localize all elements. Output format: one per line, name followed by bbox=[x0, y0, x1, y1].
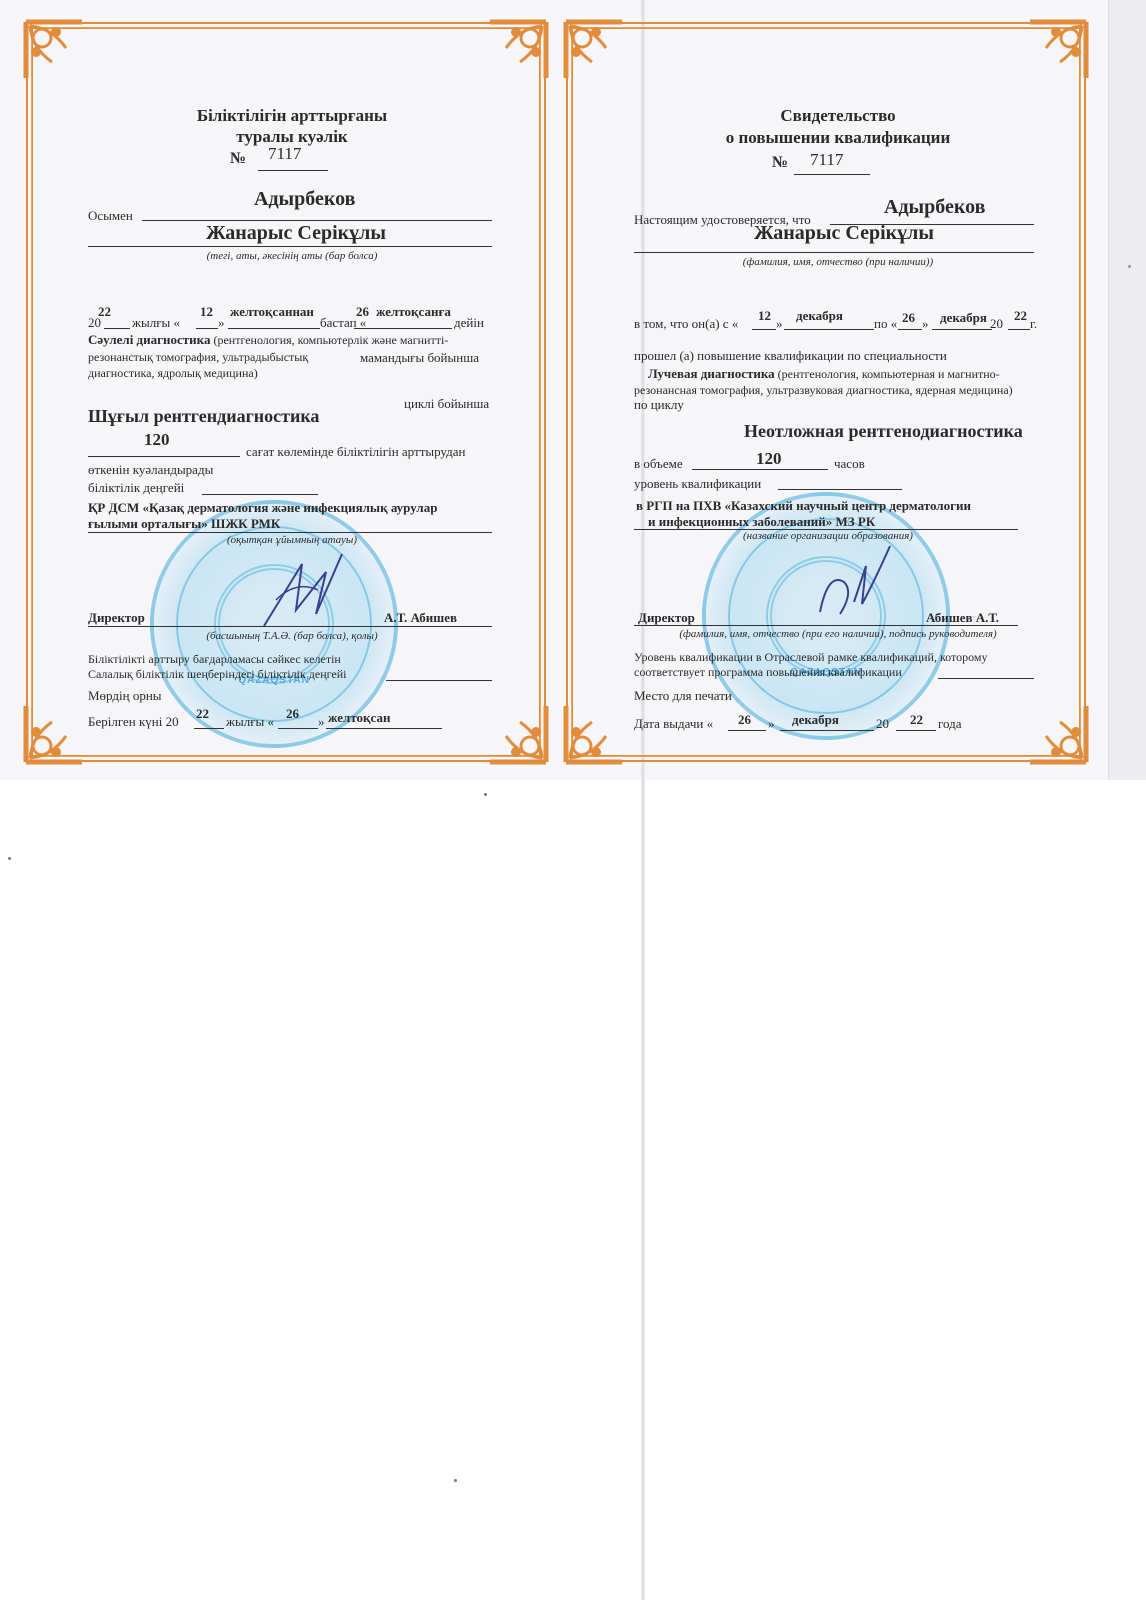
start-month: декабря bbox=[796, 308, 843, 324]
specialty-line-1: Лучевая диагностика (рентгенология, комп… bbox=[648, 366, 1000, 382]
issued-day-close: » bbox=[768, 716, 775, 732]
hours-text: сағат көлемінде біліктілігін арттырудан bbox=[246, 444, 465, 460]
director-signature bbox=[256, 550, 346, 630]
end-day-close: » bbox=[922, 316, 929, 332]
hours-value: 120 bbox=[144, 430, 170, 450]
issued-day: 26 bbox=[286, 706, 299, 722]
start-day: 12 bbox=[200, 304, 213, 320]
specialty-line-2: резонансная томография, ультразвуковая д… bbox=[634, 383, 1013, 398]
scan-speck bbox=[484, 793, 487, 796]
specialty-line-3: диагностика, ядролық медицина) bbox=[88, 366, 258, 381]
organization-note: (оқытқан ұйымның атауы) bbox=[88, 534, 496, 546]
corner-ornament-icon bbox=[562, 702, 626, 766]
framework-line-1: Уровень квалификации в Отраслевой рамке … bbox=[634, 650, 987, 665]
end-day: 26 bbox=[356, 304, 369, 320]
number-label: № bbox=[230, 150, 246, 168]
cycle-label: по циклу bbox=[634, 397, 684, 413]
title-line-1: Біліктілігін арттырғаны bbox=[88, 106, 496, 126]
surname: Адырбеков bbox=[884, 196, 985, 219]
organization-line-1: ҚР ДСМ «Қазақ дерматология және инфекция… bbox=[88, 500, 437, 516]
organization-line-2: и инфекционных заболеваний» МЗ РК bbox=[648, 514, 875, 530]
certificate-number: 7117 bbox=[268, 144, 301, 164]
period-prefix: в том, что он(а) с « bbox=[634, 316, 738, 332]
to-label: по « bbox=[874, 316, 897, 332]
cycle-name: Шұғыл рентгендиагностика bbox=[88, 406, 319, 427]
surname: Адырбеков bbox=[254, 188, 355, 211]
specialty-line-1: Сәулелі диагностика (рентгенология, комп… bbox=[88, 332, 448, 348]
until-label: дейін bbox=[454, 315, 484, 331]
scan-speck bbox=[8, 857, 11, 860]
name-note: (фамилия, имя, отчество (при наличии)) bbox=[634, 256, 1042, 268]
passed-text: прошел (а) повышение квалификации по спе… bbox=[634, 348, 947, 364]
issued-year: 22 bbox=[910, 712, 923, 728]
certificate-russian: QAZAQSTAN Свидетельство о повышении квал… bbox=[566, 22, 1086, 762]
full-name: Жанарыс Серікұлы bbox=[206, 222, 386, 245]
volume-label: в объеме bbox=[634, 456, 683, 472]
issued-year: 22 bbox=[196, 706, 209, 722]
issued-year-suffix: жылғы « bbox=[226, 714, 274, 730]
end-month: желтоқсанға bbox=[376, 304, 451, 320]
hours-label: часов bbox=[834, 456, 865, 472]
framework-line-1: Біліктілікті арттыру бағдарламасы сәйкес… bbox=[88, 652, 341, 667]
title-line-1: Свидетельство bbox=[634, 106, 1042, 126]
corner-ornament-icon bbox=[22, 702, 86, 766]
start-day-close: » bbox=[776, 316, 783, 332]
issued-year-suffix: года bbox=[938, 716, 962, 732]
issued-year-prefix: 20 bbox=[876, 716, 889, 732]
cycle-name: Неотложная рентгенодиагностика bbox=[744, 421, 1023, 442]
level-label: уровень квалификации bbox=[634, 476, 761, 492]
end-month: декабря bbox=[940, 310, 987, 326]
director-name: Абишев А.Т. bbox=[926, 610, 999, 626]
corner-ornament-icon bbox=[22, 18, 86, 82]
certificate-body: Свидетельство о повышении квалификации №… bbox=[634, 22, 1042, 762]
issued-label: Дата выдачи « bbox=[634, 716, 713, 732]
seal-place: Мөрдің орны bbox=[88, 688, 162, 704]
hours-value: 120 bbox=[756, 449, 782, 469]
director-name: А.Т. Абишев bbox=[384, 610, 457, 626]
certificate-body: Біліктілігін арттырғаны туралы куәлік № … bbox=[88, 22, 496, 762]
issued-month: декабря bbox=[792, 712, 839, 728]
framework-line-2: Салалық біліктілік шеңберіндегі біліктіл… bbox=[88, 667, 346, 682]
issued-day-close: » bbox=[318, 714, 325, 730]
specialty-by-label: мамандығы бойынша bbox=[360, 350, 479, 366]
director-note: (басшының Т.А.Ә. (бар болса), қолы) bbox=[88, 630, 496, 642]
end-day: 26 bbox=[902, 310, 915, 326]
year-suffix: жылғы « bbox=[132, 315, 180, 331]
name-note: (тегі, аты, әкесінің аты (бар болса) bbox=[88, 250, 496, 262]
year-value: 22 bbox=[1014, 308, 1027, 324]
director-signature bbox=[814, 542, 894, 622]
full-name: Жанарыс Серікұлы bbox=[754, 222, 934, 245]
organization-line-1: в РГП на ПХВ «Казахский научный центр де… bbox=[636, 498, 971, 514]
framework-line-2: соответствует программа повышения квалиф… bbox=[634, 665, 902, 680]
director-label: Директор bbox=[88, 610, 145, 626]
scan-speck bbox=[1128, 265, 1131, 268]
seal-place: Место для печати bbox=[634, 688, 732, 704]
cycle-by-label: циклі бойынша bbox=[404, 396, 489, 412]
issued-day: 26 bbox=[738, 712, 751, 728]
corner-ornament-icon bbox=[562, 18, 626, 82]
certificate-kazakh: QAZAQSTAN Біліктілігін арттырғаны туралы… bbox=[26, 22, 546, 762]
certificate-number: 7117 bbox=[810, 150, 843, 170]
level-label: біліктілік деңгейі bbox=[88, 480, 184, 496]
certify-label: Осымен bbox=[88, 208, 133, 224]
year-value: 22 bbox=[98, 304, 111, 320]
start-month: желтоқсаннан bbox=[230, 304, 314, 320]
specialty: Лучевая диагностика bbox=[648, 366, 775, 381]
organization-note: (название организации образования) bbox=[634, 530, 1022, 542]
start-day-close: » bbox=[218, 315, 225, 331]
page-edge bbox=[1108, 0, 1146, 780]
title-line-2: о повышении квалификации bbox=[634, 128, 1042, 148]
scan-speck bbox=[454, 1479, 457, 1482]
issued-label: Берілген күні 20 bbox=[88, 714, 179, 730]
passed-text: өткенін куәландырады bbox=[88, 462, 213, 478]
director-note: (фамилия, имя, отчество (при его наличии… bbox=[634, 628, 1042, 640]
year-suffix: г. bbox=[1030, 316, 1037, 332]
director-label: Директор bbox=[638, 610, 695, 626]
number-label: № bbox=[772, 154, 788, 172]
specialty-line-2: резонанстық томография, ультрадыбыстық bbox=[88, 350, 308, 365]
issued-month: желтоқсан bbox=[328, 710, 390, 726]
organization-line-2: ғылыми орталығы» ШЖК РМК bbox=[88, 516, 280, 532]
specialty: Сәулелі диагностика bbox=[88, 332, 210, 347]
year-prefix: 20 bbox=[990, 316, 1003, 332]
start-day: 12 bbox=[758, 308, 771, 324]
